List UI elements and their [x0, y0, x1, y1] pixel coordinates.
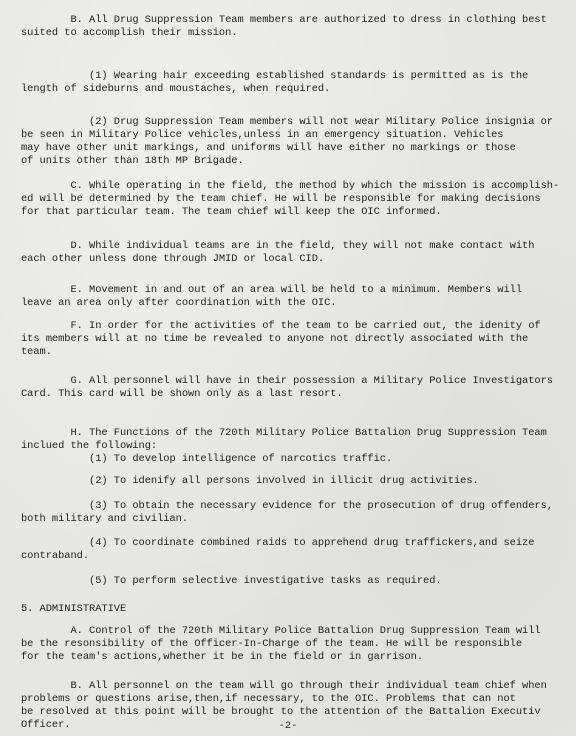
paragraph-g: G. All personnel will have in their poss… [21, 375, 556, 401]
text-line: E. Movement in and out of an area will b… [21, 284, 556, 297]
text-line: of units other than 18th MP Brigade. [21, 155, 556, 168]
text-line: ed will be determined by the team chief.… [21, 193, 556, 206]
text-line: problems or questions arise,then,if nece… [21, 693, 556, 706]
paragraph-h1: (1) To develop intelligence of narcotics… [21, 453, 556, 466]
paragraph-e: E. Movement in and out of an area will b… [21, 284, 556, 310]
paragraph-b2: (2) Drug Suppression Team members will n… [21, 116, 556, 168]
text-line: (1) To develop intelligence of narcotics… [21, 453, 556, 466]
text-line: B. All Drug Suppression Team members are… [21, 14, 556, 27]
text-line: inclued the following: [21, 440, 556, 453]
document-page: B. All Drug Suppression Team members are… [0, 0, 576, 736]
paragraph-h4: (4) To coordinate combined raids to appr… [21, 537, 556, 563]
paragraph-d: D. While individual teams are in the fie… [21, 240, 556, 266]
text-line: (3) To obtain the necessary evidence for… [21, 500, 556, 513]
text-line: C. While operating in the field, the met… [21, 180, 556, 193]
text-line: 5. ADMINISTRATIVE [21, 603, 556, 616]
text-line: may have other unit markings, and unifor… [21, 142, 556, 155]
paragraph-h5: (5) To perform selective investigative t… [21, 575, 556, 588]
text-line: B. All personnel on the team will go thr… [21, 680, 556, 693]
text-line: G. All personnel will have in their poss… [21, 375, 556, 388]
text-line: H. The Functions of the 720th Military P… [21, 427, 556, 440]
text-line: (5) To perform selective investigative t… [21, 575, 556, 588]
paragraph-h3: (3) To obtain the necessary evidence for… [21, 500, 556, 526]
paragraph-b: B. All Drug Suppression Team members are… [21, 14, 556, 40]
text-line: A. Control of the 720th Military Police … [21, 625, 556, 638]
text-line: (1) Wearing hair exceeding established s… [21, 70, 556, 83]
text-line: for that particular team. The team chief… [21, 206, 556, 219]
text-line: contraband. [21, 550, 556, 563]
text-line: its members will at no time be revealed … [21, 333, 556, 346]
text-line: length of sideburns and moustaches, when… [21, 83, 556, 96]
text-line: for the team's actions,whether it be in … [21, 651, 556, 664]
text-line: (4) To coordinate combined raids to appr… [21, 537, 556, 550]
text-line: F. In order for the activities of the te… [21, 320, 556, 333]
text-line: (2) Drug Suppression Team members will n… [21, 116, 556, 129]
text-line: Card. This card will be shown only as a … [21, 388, 556, 401]
text-line: be seen in Military Police vehicles,unle… [21, 129, 556, 142]
paragraph-h: H. The Functions of the 720th Military P… [21, 427, 556, 453]
paragraph-s5: 5. ADMINISTRATIVE [21, 603, 556, 616]
text-line: be resolved at this point will be brough… [21, 706, 556, 719]
paragraph-b1: (1) Wearing hair exceeding established s… [21, 70, 556, 96]
text-line: be the resonsibility of the Officer-In-C… [21, 638, 556, 651]
text-line: each other unless done through JMID or l… [21, 253, 556, 266]
text-line: suited to accomplish their mission. [21, 27, 556, 40]
text-line: both military and civilian. [21, 513, 556, 526]
text-line: (2) To idenify all persons involved in i… [21, 475, 556, 488]
paragraph-f: F. In order for the activities of the te… [21, 320, 556, 359]
text-line: team. [21, 346, 556, 359]
paragraph-a: A. Control of the 720th Military Police … [21, 625, 556, 664]
page-number: -2- [0, 720, 576, 733]
text-line: leave an area only after coordination wi… [21, 297, 556, 310]
text-line: D. While individual teams are in the fie… [21, 240, 556, 253]
paragraph-h2: (2) To idenify all persons involved in i… [21, 475, 556, 488]
paragraph-c: C. While operating in the field, the met… [21, 180, 556, 219]
